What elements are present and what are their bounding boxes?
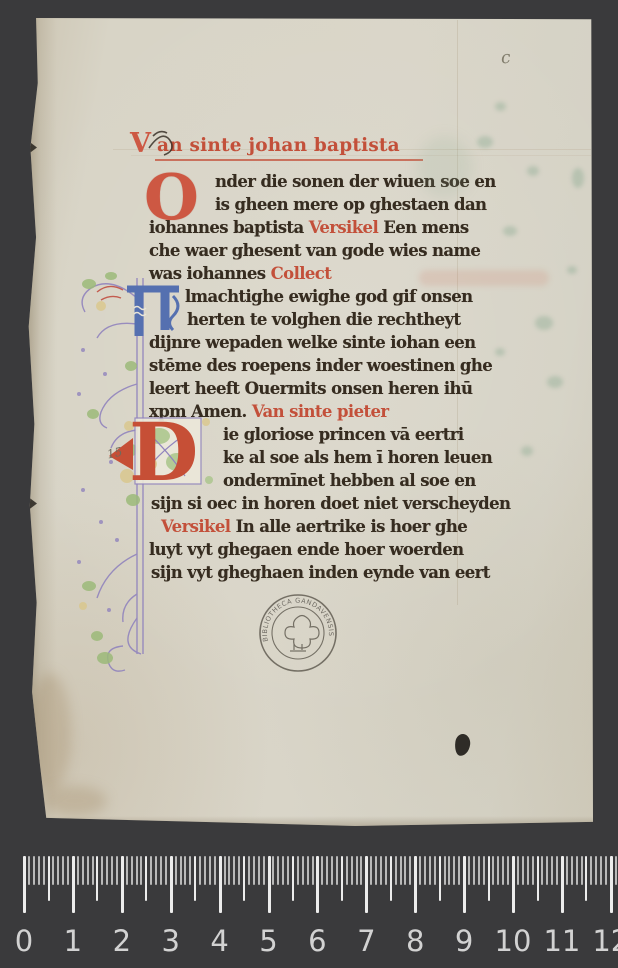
ruler-tick	[131, 856, 133, 885]
text-segment: ie gloriose princen vā eertri	[223, 425, 464, 444]
ruler-tick	[287, 856, 289, 885]
text-line: Versikel In alle aertrike is hoer ghe	[161, 515, 467, 538]
ruler-tick	[341, 856, 343, 901]
ruler-tick	[126, 856, 128, 885]
ruler-tick	[492, 856, 494, 885]
ruler-number: 8	[406, 924, 424, 958]
text-line: stēme des roepens inder woestinen ghe	[149, 354, 492, 377]
ruler-tick	[243, 856, 245, 901]
ruler-tick	[522, 856, 524, 885]
ruler-tick	[170, 856, 173, 913]
ruler-tick	[272, 856, 274, 885]
ruler-tick	[448, 856, 450, 885]
stamp-heraldic-figure	[285, 616, 319, 652]
ruler-tick	[444, 856, 446, 885]
ruler-tick	[282, 856, 284, 885]
ruler-tick	[458, 856, 460, 885]
ruler-tick	[277, 856, 279, 885]
initial-o-letter: O	[144, 166, 199, 229]
text-line: lmachtighe ewighe god gif onsen	[185, 285, 473, 308]
ruler-tick	[111, 856, 113, 885]
text-segment: ondermīnet hebben al soe en	[223, 471, 476, 490]
ruler-tick	[537, 856, 539, 901]
ruler-tick	[581, 856, 583, 885]
text-segment: nder die sonen der wiuen soe en	[215, 172, 496, 191]
text-line: herten te volghen die rechtheyt	[187, 308, 461, 331]
ruler-tick	[219, 856, 222, 913]
ruler-tick	[77, 856, 79, 885]
ruler-tick	[566, 856, 568, 885]
ruler-tick	[409, 856, 411, 885]
rubric-text: Versikel	[161, 517, 230, 536]
ruler-tick	[312, 856, 314, 885]
ruler-tick	[204, 856, 206, 885]
ruler-number: 11	[543, 924, 580, 958]
ruler-tick	[92, 856, 94, 885]
binding-notch	[27, 70, 37, 85]
ruler-tick	[233, 856, 235, 885]
ruler-tick	[556, 856, 558, 885]
ruler-tick	[380, 856, 382, 885]
ruler-tick	[360, 856, 362, 885]
rubric-text: an sinte johan baptista	[157, 135, 400, 156]
ruler-tick	[488, 856, 490, 901]
ruler-tick	[336, 856, 338, 885]
ruler-number: 3	[161, 924, 179, 958]
ruler-number: 9	[455, 924, 473, 958]
ruler-tick	[160, 856, 162, 885]
ruler-number: 0	[15, 924, 33, 958]
cadel-penwork-icon	[143, 124, 177, 160]
ruler-tick	[214, 856, 216, 885]
stain	[43, 786, 107, 816]
ruler-tick	[106, 856, 108, 885]
library-stamp: BIBLIOTHECA GANDAVENSIS	[254, 589, 342, 677]
ruler-tick	[184, 856, 186, 885]
ruler-number: 4	[210, 924, 228, 958]
ruler-tick	[189, 856, 191, 885]
ruler-tick	[434, 856, 436, 885]
ruler-tick	[512, 856, 515, 913]
ruler-tick	[96, 856, 98, 901]
text-line: leert heeft Ouermits onsen heren ihū	[149, 377, 472, 400]
ruler-tick	[150, 856, 152, 885]
ruler-tick	[395, 856, 397, 885]
ruler-tick	[502, 856, 504, 885]
text-segment: sijn vyt gheghaen inden eynde van eert	[151, 563, 490, 582]
ruler-tick	[532, 856, 534, 885]
ruler-tick	[145, 856, 147, 901]
ruler-tick	[48, 856, 50, 901]
ruler-tick	[595, 856, 597, 885]
text-line: ie gloriose princen vā eertri	[223, 423, 464, 446]
ruler-tick	[551, 856, 553, 885]
ruler-tick	[43, 856, 45, 885]
ruler-tick	[253, 856, 255, 885]
ruler-tick	[248, 856, 250, 885]
ruler-number: 7	[357, 924, 375, 958]
ruler-tick	[517, 856, 519, 885]
ruler-tick	[238, 856, 240, 885]
ruler-tick	[507, 856, 509, 885]
ruler-tick	[57, 856, 59, 885]
text-segment: herten te volghen die rechtheyt	[187, 310, 461, 329]
ruler-tick	[385, 856, 387, 885]
ruler-tick	[23, 856, 26, 913]
ruler-tick	[307, 856, 309, 885]
text-segment: In alle aertrike is hoer ghe	[230, 517, 467, 536]
heading-underline	[155, 159, 423, 161]
ruler-tick	[136, 856, 138, 885]
text-segment: dijnre wepaden welke sinte iohan een	[149, 333, 476, 352]
ruler-tick	[101, 856, 103, 885]
ruler-tick	[224, 856, 226, 885]
ruler-number: 10	[495, 924, 532, 958]
ruler-tick	[414, 856, 417, 913]
text-segment: sijn si oec in horen doet niet verscheyd…	[151, 494, 510, 513]
ruler-tick	[571, 856, 573, 885]
ruler-number: 1	[64, 924, 82, 958]
ruler-tick	[175, 856, 177, 885]
ruler-tick	[365, 856, 368, 913]
ruler-tick	[356, 856, 358, 885]
ruler-tick	[541, 856, 543, 885]
ruler-tick	[82, 856, 84, 885]
ruler-number: 5	[259, 924, 277, 958]
ruler-tick	[199, 856, 201, 885]
ruler-tick	[33, 856, 35, 885]
ruler-tick	[404, 856, 406, 885]
ruler-tick	[297, 856, 299, 885]
initial-d-decorated: D	[109, 412, 223, 494]
text-line: nder die sonen der wiuen soe en	[215, 170, 496, 193]
ruler-tick	[585, 856, 587, 901]
ruler-tick	[590, 856, 592, 885]
measuring-ruler: 0123456789101112	[0, 848, 618, 968]
ruler-tick	[116, 856, 118, 885]
ruler-tick	[28, 856, 30, 885]
initial-d-letter: D	[129, 412, 198, 494]
ruler-tick	[610, 856, 613, 913]
text-line: dijnre wepaden welke sinte iohan een	[149, 331, 476, 354]
text-line: an sinte johan baptista	[157, 134, 400, 157]
ruler-tick	[424, 856, 426, 885]
ruler-tick	[316, 856, 319, 913]
ruler-tick	[375, 856, 377, 885]
ruler-tick	[194, 856, 196, 901]
ruler-tick	[38, 856, 40, 885]
text-segment: is gheen mere op ghestaen dan	[215, 195, 486, 214]
ruler-tick	[483, 856, 485, 885]
ruler-tick	[468, 856, 470, 885]
ruler-tick	[62, 856, 64, 885]
ruler-tick	[429, 856, 431, 885]
ruler-tick	[52, 856, 54, 885]
ruler-tick	[263, 856, 265, 885]
ruler-tick	[473, 856, 475, 885]
ruler-tick	[165, 856, 167, 885]
ruler-tick	[527, 856, 529, 885]
ruler-tick	[326, 856, 328, 885]
ruler-tick	[400, 856, 402, 885]
ruler-tick	[209, 856, 211, 885]
ruler-tick	[140, 856, 142, 885]
ruler-tick	[346, 856, 348, 885]
ruler-number: 6	[308, 924, 326, 958]
ruler-tick	[419, 856, 421, 885]
ruler-tick	[87, 856, 89, 885]
ruler-tick	[72, 856, 75, 913]
photograph: an sinte johan baptistander die sonen de…	[0, 0, 618, 968]
ruler-tick	[331, 856, 333, 885]
ruler-tick	[268, 856, 271, 913]
ruler-tick	[600, 856, 602, 885]
ruler-tick	[561, 856, 564, 913]
ink-blot	[454, 733, 472, 757]
text-segment: ke al soe als hem ī horen leuen	[223, 448, 492, 467]
text-block: an sinte johan baptistander die sonen de…	[27, 18, 593, 638]
text-segment: lmachtighe ewighe god gif onsen	[185, 287, 473, 306]
manuscript-page: an sinte johan baptistander die sonen de…	[27, 18, 593, 830]
ruler-number: 2	[113, 924, 131, 958]
ruler-tick	[605, 856, 607, 885]
ruler-tick	[439, 856, 441, 901]
ruler-tick	[302, 856, 304, 885]
rubric-text: Collect	[271, 264, 332, 283]
ruler-tick	[258, 856, 260, 885]
text-line: luyt vyt ghegaen ende hoer woerden	[149, 538, 464, 561]
ruler-number: 12	[592, 924, 618, 958]
ruler-tick	[121, 856, 124, 913]
ruler-tick	[453, 856, 455, 885]
ruler-tick	[155, 856, 157, 885]
ruler-tick	[497, 856, 499, 885]
text-line: ondermīnet hebben al soe en	[223, 469, 476, 492]
text-segment: stēme des roepens inder woestinen ghe	[149, 356, 492, 375]
ruler-tick	[351, 856, 353, 885]
text-segment: luyt vyt ghegaen ende hoer woerden	[149, 540, 464, 559]
ruler-tick	[463, 856, 466, 913]
ruler-tick	[292, 856, 294, 901]
folio-letter: c	[500, 48, 511, 69]
stain	[29, 673, 71, 793]
text-line: che waer ghesent van gode wies name	[149, 239, 480, 262]
ruler-tick	[478, 856, 480, 885]
rubric-text: Van sinte pieter	[252, 402, 389, 421]
text-line: ke al soe als hem ī horen leuen	[223, 446, 492, 469]
ruler-tick	[180, 856, 182, 885]
ruler-tick	[390, 856, 392, 901]
ruler-tick	[228, 856, 230, 885]
ruler-tick	[546, 856, 548, 885]
text-line: sijn si oec in horen doet niet verscheyd…	[151, 492, 510, 515]
initial-a-decorated: A	[125, 280, 183, 342]
ruler-tick	[615, 856, 617, 885]
text-segment: Een mens	[378, 218, 468, 237]
text-line: sijn vyt gheghaen inden eynde van eert	[151, 561, 490, 584]
ruler-tick	[321, 856, 323, 885]
ruler-tick	[67, 856, 69, 885]
text-line: is gheen mere op ghestaen dan	[215, 193, 486, 216]
text-segment: leert heeft Ouermits onsen heren ihū	[149, 379, 472, 398]
ruler-tick	[370, 856, 372, 885]
rubric-text: Versikel	[309, 218, 378, 237]
text-segment: che waer ghesent van gode wies name	[149, 241, 480, 260]
ruler-tick	[576, 856, 578, 885]
